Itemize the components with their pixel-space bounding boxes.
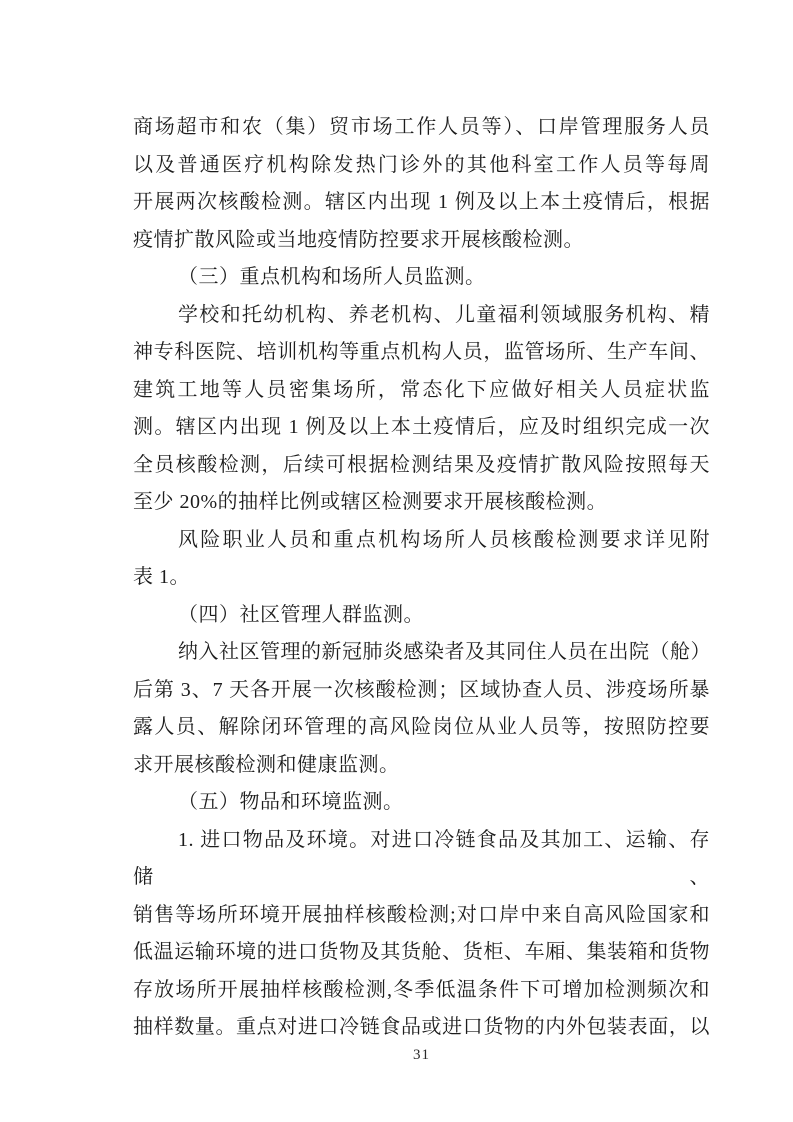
text-line: 低温运输环境的进口货物及其货舱、货柜、车厢、集装箱和货物 [133,934,710,972]
text-line: 纳入社区管理的新冠肺炎感染者及其同住人员在出院（舱） [133,634,710,672]
text-line: 风险职业人员和重点机构场所人员核酸检测要求详见附 [133,522,710,560]
text-line: 商场超市和农（集）贸市场工作人员等）、口岸管理服务人员 [133,109,710,147]
text-line: 以及普通医疗机构除发热门诊外的其他科室工作人员等每周 [133,147,710,185]
text-line: 露人员、解除闭环管理的高风险岗位从业人员等，按照防控要 [133,709,710,747]
text-line: 疫情扩散风险或当地疫情防控要求开展核酸检测。 [133,222,710,260]
section-heading: （五）物品和环境监测。 [133,784,710,822]
text-line: 求开展核酸检测和健康监测。 [133,747,710,785]
text-line: 测。辖区内出现 1 例及以上本土疫情后，应及时组织完成一次 [133,409,710,447]
text-line: 全员核酸检测，后续可根据检测结果及疫情扩散风险按照每天 [133,447,710,485]
document-page: 商场超市和农（集）贸市场工作人员等）、口岸管理服务人员 以及普通医疗机构除发热门… [0,0,793,1122]
text-line: 销售等场所环境开展抽样核酸检测;对口岸中来自高风险国家和 [133,897,710,935]
text-line: 至少 20%的抽样比例或辖区检测要求开展核酸检测。 [133,484,710,522]
text-line: 表 1。 [133,559,710,597]
text-line: 学校和托幼机构、养老机构、儿童福利领域服务机构、精 [133,297,710,335]
text-line: 1. 进口物品及环境。对进口冷链食品及其加工、运输、存储、 [133,822,710,897]
text-line: 开展两次核酸检测。辖区内出现 1 例及以上本土疫情后，根据 [133,184,710,222]
text-line: 存放场所开展抽样核酸检测,冬季低温条件下可增加检测频次和 [133,972,710,1010]
text-line: 神专科医院、培训机构等重点机构人员，监管场所、生产车间、 [133,334,710,372]
section-heading: （四）社区管理人群监测。 [133,597,710,635]
text-line: 抽样数量。重点对进口冷链食品或进口货物的内外包装表面，以 [133,1009,710,1047]
page-footer: 31 [133,1046,710,1064]
section-heading: （三）重点机构和场所人员监测。 [133,259,710,297]
text-line: 后第 3、7 天各开展一次核酸检测；区域协查人员、涉疫场所暴 [133,672,710,710]
text-line: 建筑工地等人员密集场所，常态化下应做好相关人员症状监 [133,372,710,410]
document-body: 商场超市和农（集）贸市场工作人员等）、口岸管理服务人员 以及普通医疗机构除发热门… [133,109,710,1047]
page-number: 31 [413,1047,430,1063]
